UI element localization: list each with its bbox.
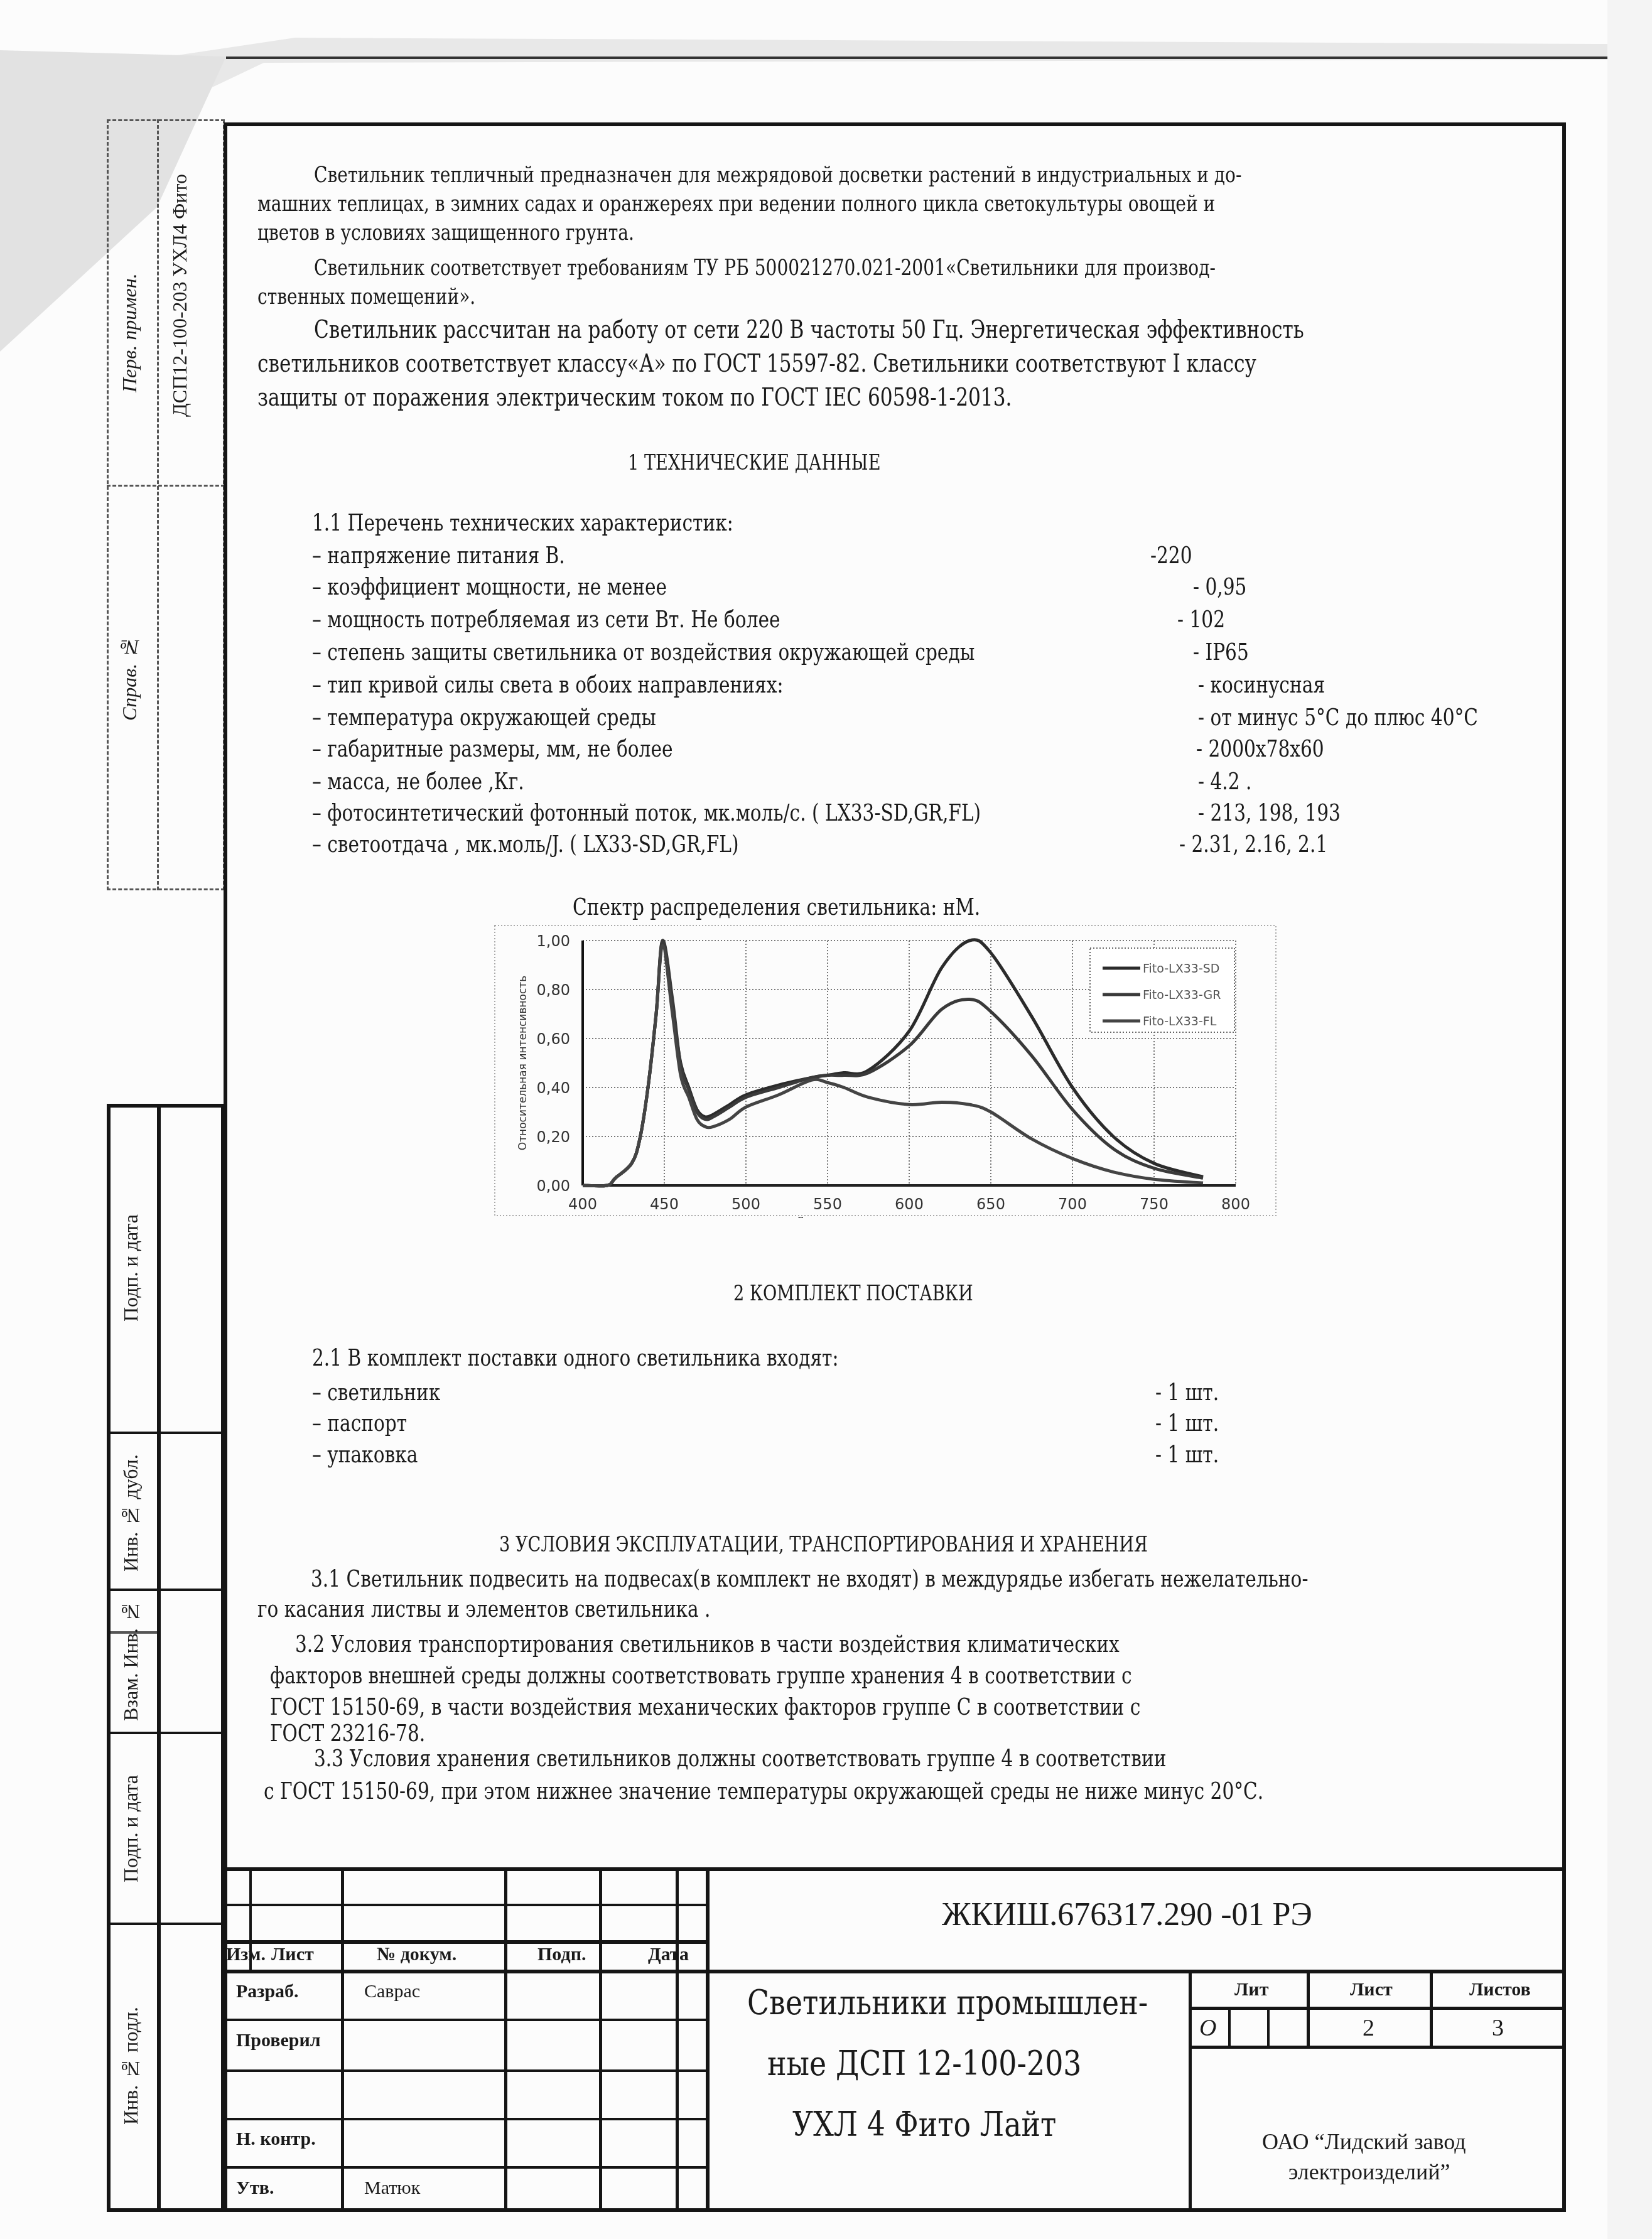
- lit-value: О: [1199, 2014, 1216, 2042]
- spec-label: – температура окружающей среды: [312, 703, 656, 731]
- spec-label: – тип кривой силы света в обоих направле…: [312, 671, 783, 698]
- y-tick-label: 0,20: [537, 1128, 570, 1146]
- y-tick-label: 0,00: [537, 1177, 570, 1195]
- section3-p33-line1: 3.3 Условия хранения светильников должны…: [314, 1744, 1166, 1772]
- intro-p3-line2: светильников соответствует классу«А» по …: [257, 349, 1256, 378]
- side-stamp-label: Инв. № дубл.: [119, 1444, 143, 1582]
- sheets-value: 3: [1492, 2014, 1504, 2042]
- document-page: Перв. примен. ДСП12-100-203 УХЛ4 Фито Сп…: [0, 0, 1652, 2239]
- col-header-doc-no: № докум.: [377, 1944, 456, 1965]
- spec-label: – фотосинтетический фотонный поток, мк.м…: [312, 799, 981, 826]
- spec-label: – светоотдача , мк.моль/J. ( LX33-SD,GR,…: [312, 830, 738, 858]
- x-tick-label: 650: [976, 1195, 1005, 1213]
- intro-p1-line3: цветов в условиях защищенного грунта.: [257, 220, 634, 245]
- spec-value: - от минус 5°С до плюс 40°С: [1198, 703, 1478, 731]
- spec-value: - 2.31, 2.16, 2.1: [1179, 830, 1327, 858]
- side-stamp-row-line: [107, 1923, 225, 1925]
- spec-value: -220: [1150, 541, 1192, 569]
- section3-p33-line2: с ГОСТ 15150-69, при этом нижнее значени…: [264, 1777, 1263, 1805]
- tb-vline: [341, 1867, 344, 2212]
- tb-vline: [676, 1867, 679, 2212]
- x-axis-label: Длина волны, нм: [796, 1215, 887, 1218]
- legend-label: Fito-LX33-FL: [1143, 1015, 1217, 1028]
- kit-item-qty: - 1 шт.: [1155, 1409, 1219, 1437]
- kit-item-label: – паспорт: [312, 1409, 407, 1437]
- x-tick-label: 550: [813, 1195, 842, 1213]
- tb-vline: [706, 1867, 710, 2212]
- side-stamp-row-line: [107, 1432, 225, 1434]
- spec-label: – масса, не более ,Кг.: [312, 767, 524, 795]
- tb-line: [224, 2019, 707, 2021]
- section3-title: 3 УСЛОВИЯ ЭКСПЛУАТАЦИИ, ТРАНСПОРТИРОВАНИ…: [499, 1532, 1148, 1557]
- section3-p31-line1: 3.1 Светильник подвесить на подвесах(в к…: [311, 1565, 1308, 1592]
- product-name-line2: ные ДСП 12-100-203: [767, 2044, 1082, 2083]
- kit-item-qty: - 1 шт.: [1155, 1440, 1219, 1468]
- side-stamp-bottom-divider-v: [157, 1104, 161, 2212]
- section3-p32-line4: ГОСТ 23216-78.: [270, 1719, 425, 1747]
- spec-value: - косинусная: [1198, 671, 1325, 698]
- sheet-value: 2: [1363, 2014, 1374, 2042]
- name-approved: Матюк: [364, 2177, 420, 2199]
- x-tick-label: 750: [1140, 1195, 1169, 1213]
- section1-title: 1 ТЕХНИЧЕСКИЕ ДАННЫЕ: [628, 450, 881, 475]
- sprav-no-label: Справ. №: [118, 615, 141, 741]
- x-tick-label: 450: [650, 1195, 679, 1213]
- sheets-label: Листов: [1469, 1979, 1531, 2000]
- product-name-line3: УХЛ 4 Фито Лайт: [792, 2105, 1056, 2144]
- intro-p1-line1: Светильник тепличный предназначен для ме…: [314, 162, 1242, 188]
- kit-item-label: – светильник: [312, 1378, 440, 1406]
- intro-p2-line1: Светильник соответствует требованиям ТУ …: [314, 255, 1216, 281]
- tb-line: [1189, 2007, 1566, 2010]
- col-header-sign: Подп.: [537, 1944, 586, 1965]
- x-tick-label: 600: [895, 1195, 924, 1213]
- tb-line: [224, 2069, 707, 2072]
- section3-p31-line2: го касания листвы и элементов светильник…: [257, 1595, 711, 1622]
- side-stamp-top-divider-v: [157, 119, 159, 890]
- spec-value: - 0,95: [1193, 573, 1246, 600]
- kit-item-qty: - 1 шт.: [1155, 1378, 1219, 1406]
- tb-vline: [1267, 2007, 1270, 2048]
- col-header-date: Дата: [648, 1944, 689, 1965]
- spec-value: - 4.2 .: [1198, 767, 1251, 795]
- tb-vline: [1430, 1970, 1433, 2048]
- perv-primen-label: Перв. примен.: [118, 226, 141, 440]
- x-tick-label: 500: [732, 1195, 760, 1213]
- section2-subtitle: 2.1 В комплект поставки одного светильни…: [312, 1344, 838, 1371]
- y-tick-label: 0,40: [537, 1079, 570, 1097]
- tb-vline: [1189, 1970, 1192, 2212]
- side-stamp-label: Подп. и дата: [119, 1130, 143, 1406]
- spec-label: – габаритные размеры, мм, не более: [312, 735, 672, 762]
- col-header-izm: Изм.: [226, 1944, 266, 1965]
- y-tick-label: 0,60: [537, 1030, 570, 1048]
- tb-vline: [599, 1867, 602, 2212]
- spec-value: - 102: [1177, 605, 1225, 633]
- side-stamp-label: Взам. Инв. №: [119, 1595, 143, 1727]
- tb-line: [224, 2118, 707, 2120]
- tb-vline: [504, 1867, 507, 2212]
- spec-value: - 213, 198, 193: [1198, 799, 1341, 826]
- doc-code: ЖКИШ.676317.290 -01 РЭ: [942, 1896, 1312, 1933]
- col-header-list: Лист: [271, 1944, 314, 1965]
- y-axis-label: Относительная интенсивность: [517, 976, 529, 1150]
- section1-subtitle: 1.1 Перечень технических характеристик:: [312, 509, 733, 536]
- section3-p32-line1: 3.2 Условия транспортирования светильник…: [295, 1630, 1120, 1658]
- x-tick-label: 700: [1058, 1195, 1087, 1213]
- sheet-label: Лист: [1350, 1979, 1393, 2000]
- side-stamp-row-line: [107, 1732, 225, 1734]
- lit-label: Лит: [1234, 1979, 1268, 2000]
- organization-line2: электроизделий”: [1288, 2159, 1450, 2185]
- organization-line1: ОАО “Лидский завод: [1262, 2128, 1466, 2155]
- tb-line: [224, 1867, 1566, 1871]
- spec-label: – мощность потребляемая из сети Вт. Не б…: [312, 605, 780, 633]
- name-developer: Саврас: [364, 1981, 420, 2002]
- role-developer: Разраб.: [236, 1981, 299, 2002]
- spec-label: – напряжение питания В.: [312, 541, 565, 569]
- spec-label: – коэффициент мощности, не менее: [312, 573, 667, 600]
- tb-line: [224, 2166, 707, 2169]
- tb-vline: [1307, 1970, 1310, 2048]
- x-tick-label: 800: [1221, 1195, 1250, 1213]
- section2-title: 2 КОМПЛЕКТ ПОСТАВКИ: [733, 1281, 973, 1306]
- chart-caption: Спектр распределения светильника: нМ.: [573, 893, 980, 920]
- perv-primen-value: ДСП12-100-203 УХЛ4 Фито: [168, 144, 192, 446]
- tb-line: [1189, 2046, 1566, 2049]
- role-checked: Проверил: [236, 2030, 321, 2051]
- intro-p1-line2: машних теплицах, в зимних садах и оранже…: [257, 191, 1215, 217]
- spec-value: - 2000x78x60: [1196, 735, 1324, 762]
- intro-p3-line1: Светильник рассчитан на работу от сети 2…: [314, 315, 1304, 344]
- legend-label: Fito-LX33-SD: [1143, 962, 1219, 976]
- tb-line: [224, 1970, 1566, 1973]
- tb-line: [224, 1904, 707, 1906]
- spectrum-chart: 0,000,200,400,600,801,004004505005506006…: [490, 923, 1281, 1218]
- intro-p3-line3: защиты от поражения электрическим током …: [257, 383, 1012, 412]
- section3-p32-line3: ГОСТ 15150-69, в части воздействия механ…: [270, 1693, 1140, 1720]
- role-norm-control: Н. контр.: [236, 2128, 316, 2150]
- kit-item-label: – упаковка: [312, 1440, 418, 1468]
- spec-label: – степень защиты светильника от воздейст…: [312, 638, 974, 666]
- side-stamp-label: Инв. № подл.: [119, 1931, 143, 2201]
- y-tick-label: 1,00: [537, 932, 570, 950]
- tb-vline: [1228, 2007, 1231, 2048]
- side-stamp-top-divider-h: [107, 485, 225, 487]
- y-tick-label: 0,80: [537, 981, 570, 999]
- spec-value: - IP65: [1193, 638, 1249, 666]
- role-approved: Утв.: [236, 2177, 274, 2199]
- intro-p2-line2: ственных помещений».: [257, 284, 475, 310]
- side-stamp-row-line: [107, 1589, 225, 1591]
- section3-p32-line2: факторов внешней среды должны соответств…: [270, 1661, 1132, 1689]
- x-tick-label: 400: [568, 1195, 597, 1213]
- product-name-line1: Светильники промышлен-: [747, 1983, 1148, 2022]
- legend-label: Fito-LX33-GR: [1143, 988, 1221, 1002]
- side-stamp-label: Подп. и дата: [119, 1739, 143, 1918]
